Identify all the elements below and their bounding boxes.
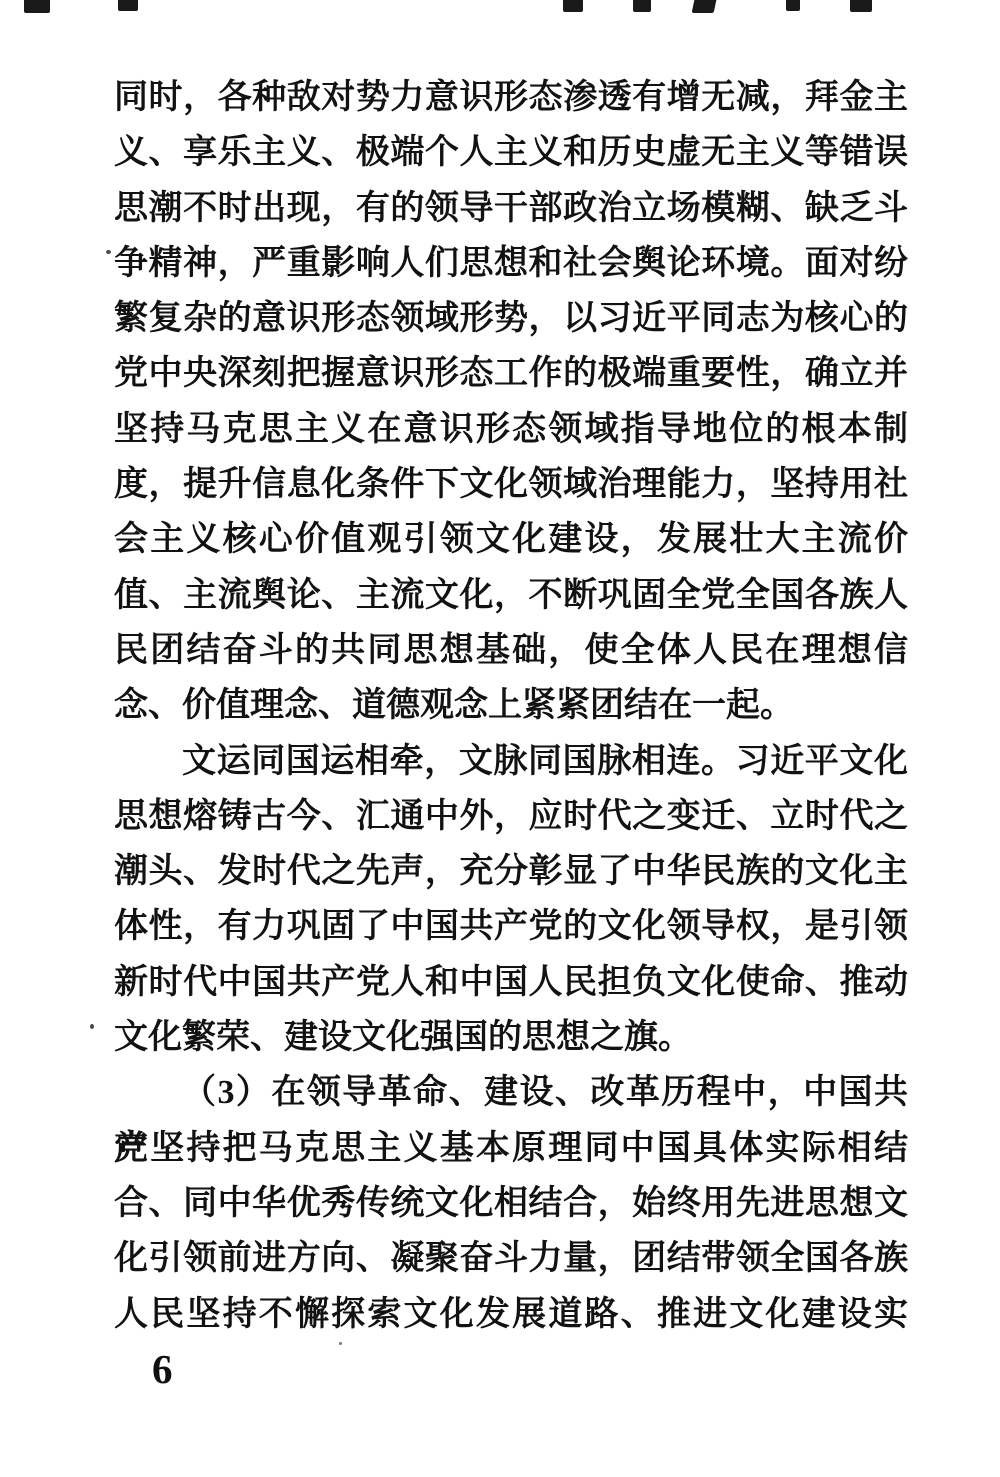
text-line: 义、享乐主义、极端个人主义和历史虚无主义等错误 bbox=[114, 125, 908, 180]
text-line: 民团结奋斗的共同思想基础，使全体人民在理想信 bbox=[114, 623, 908, 678]
text-line: 人民坚持不懈探索文化发展道路、推进文化建设实 bbox=[114, 1287, 908, 1342]
margin-speck bbox=[339, 1342, 342, 1345]
text-line: 繁复杂的意识形态领域形势，以习近平同志为核心的 bbox=[114, 291, 908, 346]
scan-artifact-top bbox=[633, 0, 651, 12]
body-text: 同时，各种敌对势力意识形态渗透有增无减，拜金主 义、享乐主义、极端个人主义和历史… bbox=[114, 70, 908, 1342]
scanned-book-page: { "doc": { "lines": [ "同时，各种敌对势力意识形态渗透有增… bbox=[0, 0, 1000, 1477]
text-line: 化引领前进方向、凝聚奋斗力量，团结带领全国各族 bbox=[114, 1231, 908, 1286]
scan-artifact-top bbox=[850, 0, 872, 12]
scan-artifact-top bbox=[24, 0, 50, 13]
text-line: 潮头、发时代之先声，充分彰显了中华民族的文化主 bbox=[114, 844, 908, 899]
text-line: 同时，各种敌对势力意识形态渗透有增无减，拜金主 bbox=[114, 70, 908, 125]
text-line: 争精神，严重影响人们思想和社会舆论环境。面对纷 bbox=[114, 236, 908, 291]
text-line: 思想熔铸古今、汇通中外，应时代之变迁、立时代之 bbox=[114, 789, 908, 844]
text-line: 坚持马克思主义在意识形态领域指导地位的根本制 bbox=[114, 402, 908, 457]
page-number: 6 bbox=[152, 1349, 173, 1390]
text-line: 思潮不时出现，有的领导干部政治立场模糊、缺乏斗 bbox=[114, 181, 908, 236]
scan-artifact-top bbox=[692, 0, 717, 13]
margin-speck bbox=[106, 250, 111, 254]
text-line: 念、价值理念、道德观念上紧紧团结在一起。 bbox=[114, 678, 908, 733]
scan-artifact-top bbox=[118, 0, 138, 11]
text-line: 值、主流舆论、主流文化，不断巩固全党全国各族人 bbox=[114, 568, 908, 623]
scan-artifact-top bbox=[786, 0, 800, 11]
text-line: 合、同中华优秀传统文化相结合，始终用先进思想文 bbox=[114, 1176, 908, 1231]
text-line: 度，提升信息化条件下文化领域治理能力，坚持用社 bbox=[114, 457, 908, 512]
text-line: 会主义核心价值观引领文化建设，发展壮大主流价 bbox=[114, 512, 908, 567]
text-line: 新时代中国共产党人和中国人民担负文化使命、推动 bbox=[114, 955, 908, 1010]
text-line: 党坚持把马克思主义基本原理同中国具体实际相结 bbox=[114, 1121, 908, 1176]
text-line: 文运同国运相牵，文脉同国脉相连。习近平文化 bbox=[114, 734, 908, 789]
margin-speck bbox=[90, 1024, 94, 1029]
text-line: 体性，有力巩固了中国共产党的文化领导权，是引领 bbox=[114, 899, 908, 954]
text-line: 文化繁荣、建设文化强国的思想之旗。 bbox=[114, 1010, 908, 1065]
text-line: 党中央深刻把握意识形态工作的极端重要性，确立并 bbox=[114, 346, 908, 401]
text-line: （3）在领导革命、建设、改革历程中，中国共产 bbox=[114, 1065, 908, 1120]
scan-artifact-top bbox=[563, 0, 583, 12]
